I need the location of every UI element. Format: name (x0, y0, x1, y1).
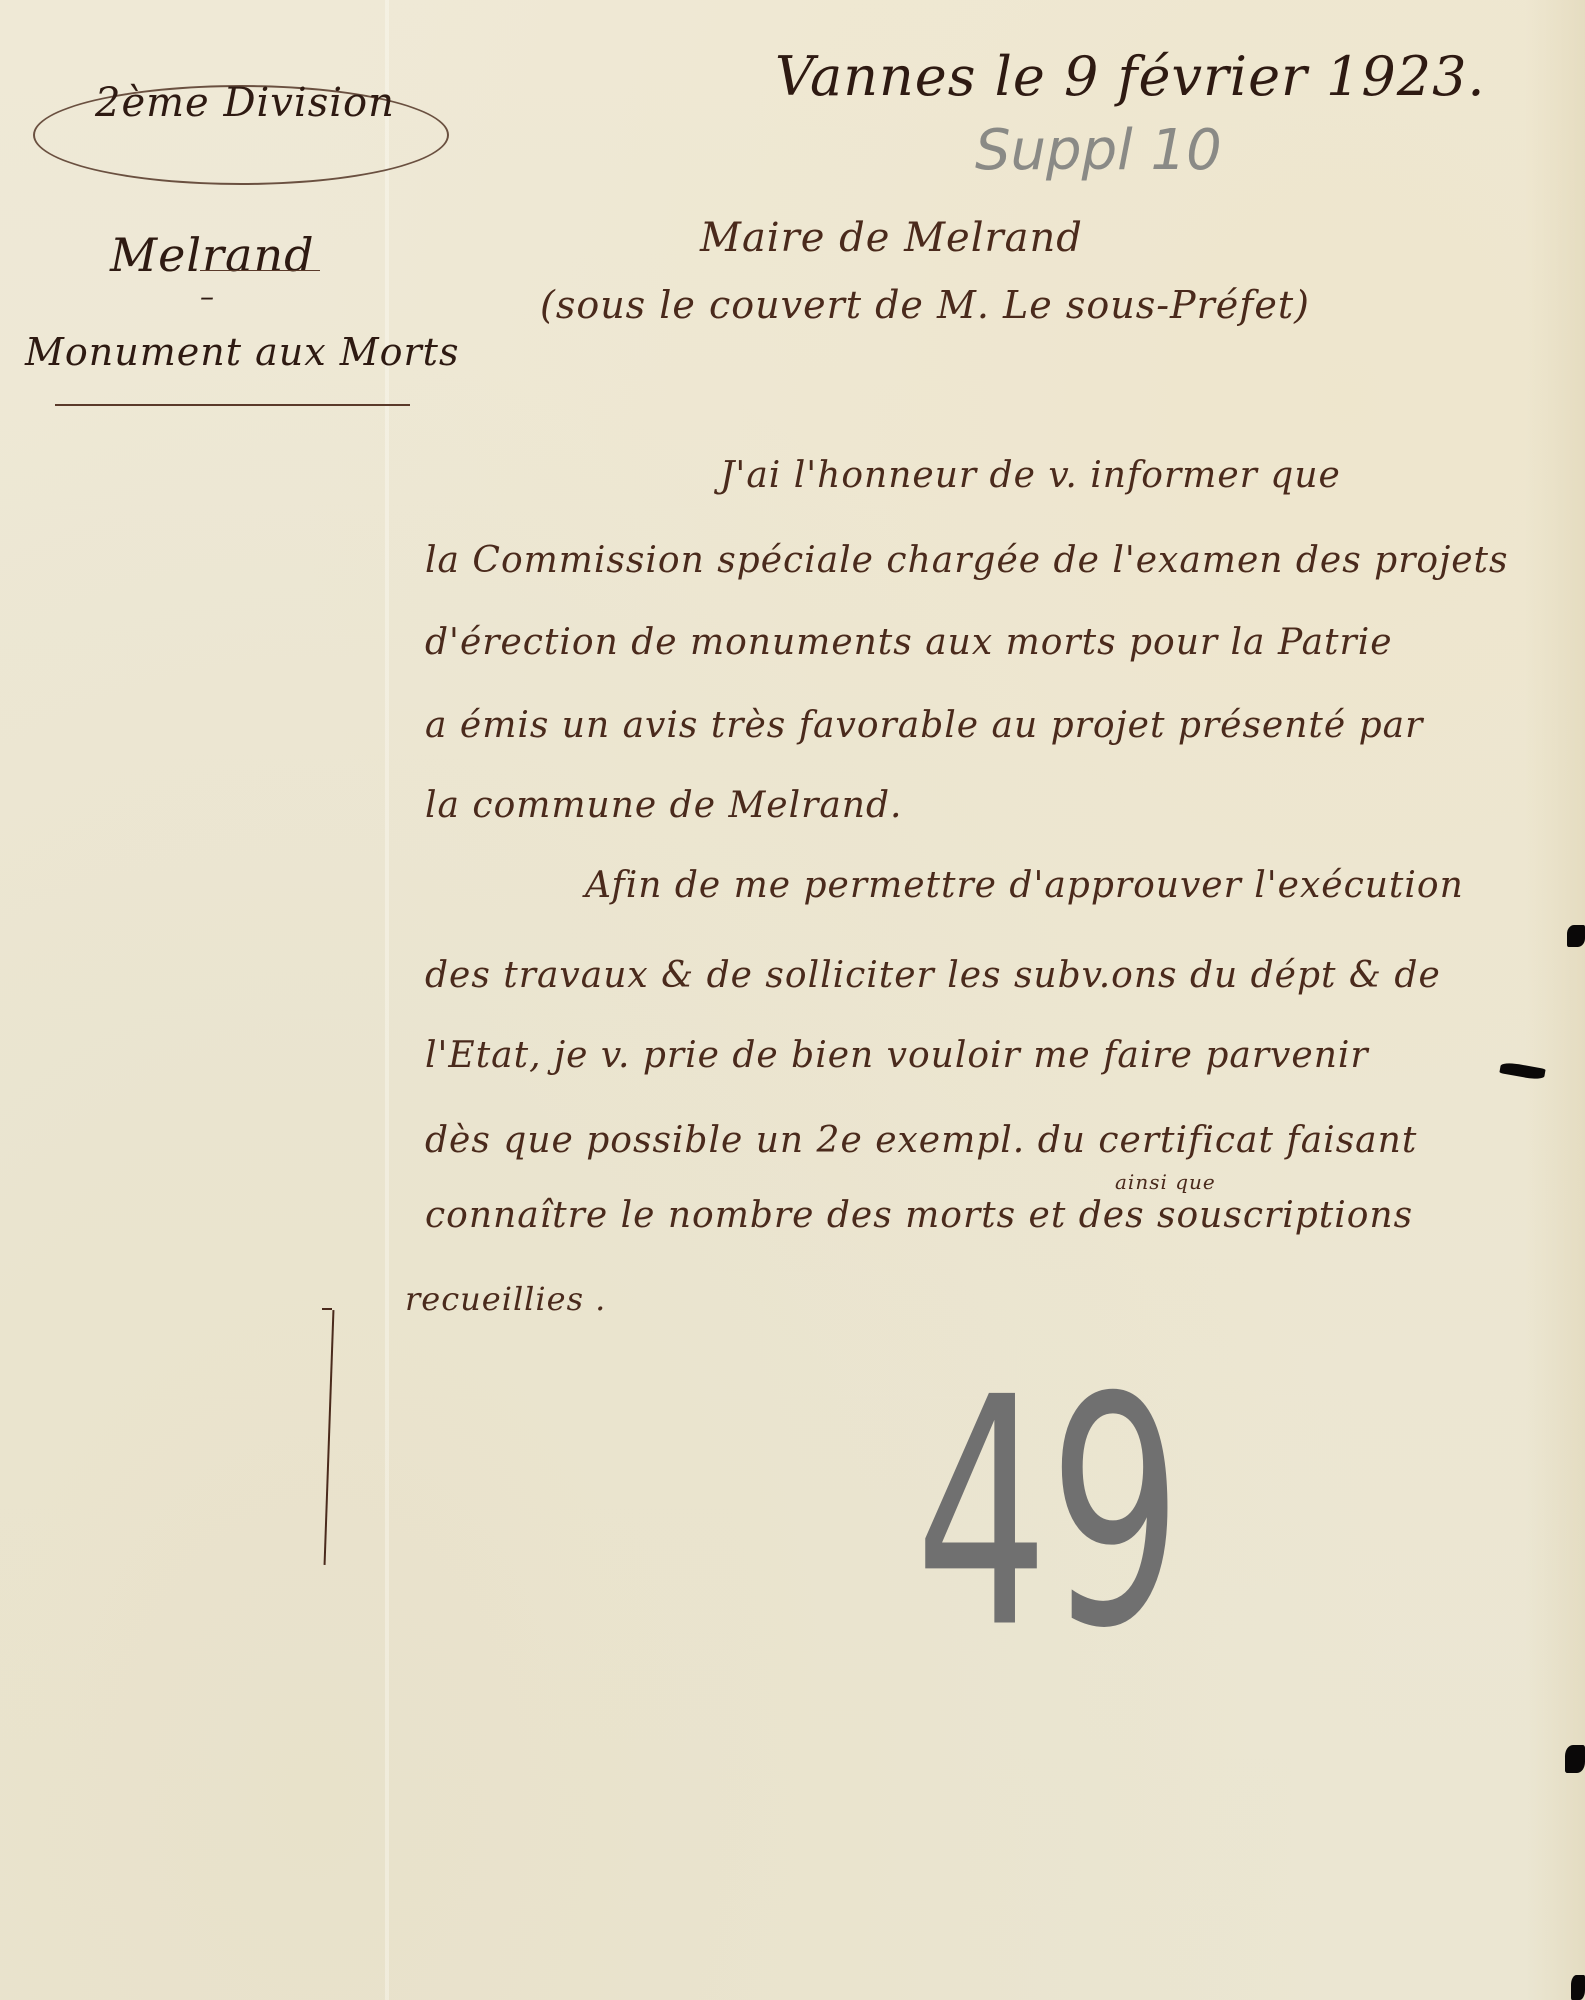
pencil-note-suppl: Suppl 10 (975, 118, 1222, 183)
addressee: Maire de Melrand (700, 215, 1083, 261)
body-line: a émis un avis très favorable au projet … (425, 705, 1423, 746)
body-line: connaître le nombre des morts et des sou… (425, 1195, 1413, 1236)
paper-tear (1571, 1975, 1585, 2000)
body-line: d'érection de monuments aux morts pour l… (425, 622, 1393, 663)
insertion-above: ainsi que (1115, 1170, 1216, 1194)
body-line: J'ai l'honneur de v. informer que (720, 455, 1341, 496)
margin-bracket-top (322, 1308, 332, 1310)
paper-edge (1525, 0, 1585, 2000)
body-line: la commune de Melrand. (425, 785, 902, 826)
place-date: Vannes le 9 février 1923. (775, 45, 1486, 108)
body-line: la Commission spéciale chargée de l'exam… (425, 540, 1508, 581)
subject-label: Monument aux Morts (25, 330, 459, 374)
pencil-number: 49 (915, 1330, 1182, 1698)
body-line: Afin de me permettre d'approuver l'exécu… (585, 865, 1464, 906)
paper-tear (1567, 925, 1585, 947)
margin-bracket (324, 1310, 335, 1565)
paper-tear (1565, 1745, 1585, 1773)
addressee-via: (sous le couvert de M. Le sous-Préfet) (540, 283, 1310, 327)
commune-label: Melrand (110, 228, 315, 282)
commune-underline (200, 270, 320, 271)
subject-underline (55, 404, 410, 406)
margin-dash: – (200, 280, 215, 313)
division-label: 2ème Division (95, 80, 395, 126)
letter-page: 2ème Division Melrand – Monument aux Mor… (0, 0, 1585, 2000)
body-line: dès que possible un 2e exempl. du certif… (425, 1120, 1417, 1161)
body-line: l'Etat, je v. prie de bien vouloir me fa… (425, 1035, 1369, 1076)
body-line: recueillies . (405, 1280, 606, 1318)
body-line: des travaux & de solliciter les subv.ons… (425, 955, 1441, 996)
